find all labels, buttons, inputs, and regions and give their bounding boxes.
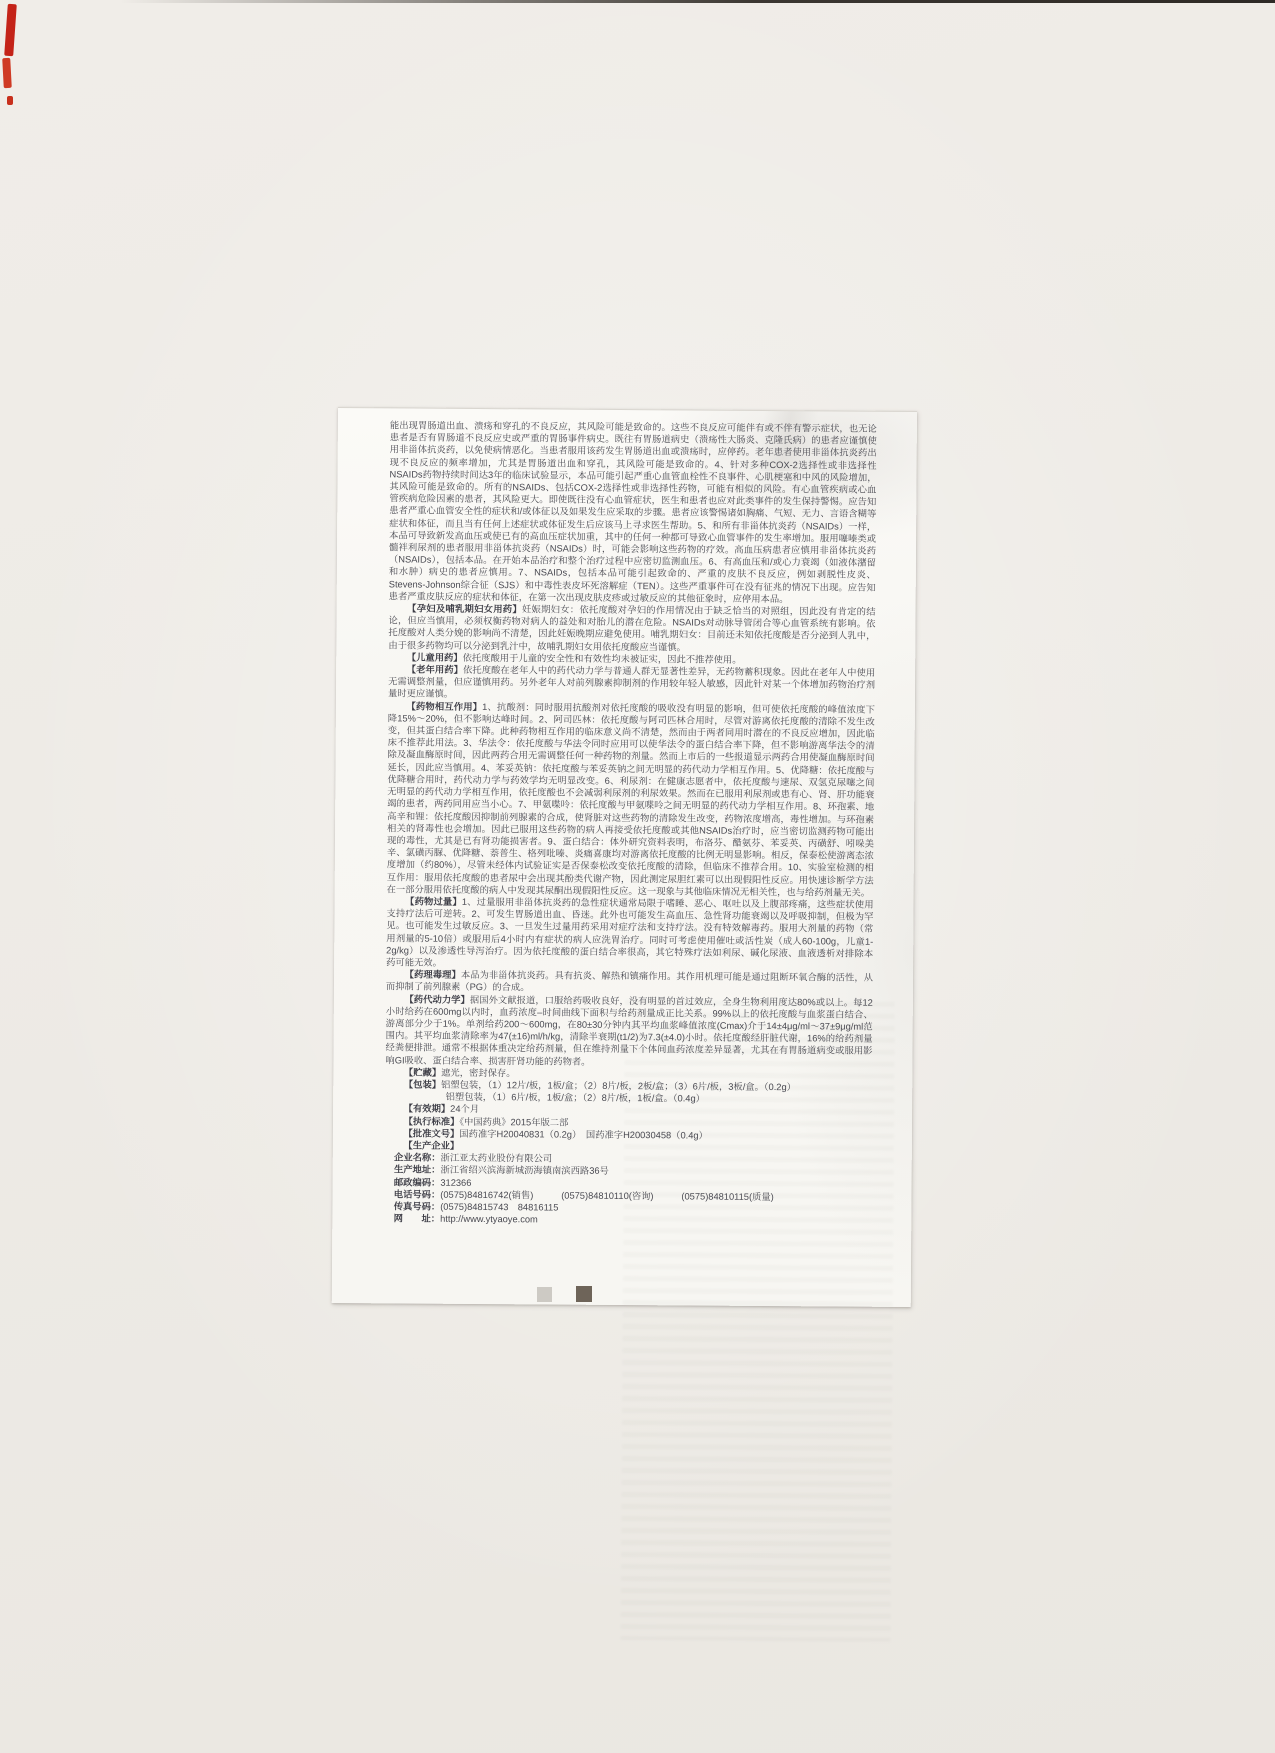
document-page: 能出现胃肠道出血、溃疡和穿孔的不良反应，其风险可能是致命的。这些不良反应可能伴有…: [332, 407, 917, 1307]
section-label: 【药代动力学】: [404, 994, 470, 1004]
section-label: 企业名称：: [394, 1153, 441, 1163]
section-label: 电话号码：: [394, 1189, 441, 1199]
section-label: 【药物过量】: [405, 896, 462, 906]
section-label: 【药物相互作用】: [406, 701, 482, 712]
section-label: 【执行标准】: [404, 1116, 460, 1126]
red-ink-mark: [2, 58, 12, 88]
section-label: 【批准文号】: [403, 1128, 459, 1138]
section-label: 【儿童用药】: [407, 652, 463, 662]
calibration-square-light: [537, 1287, 552, 1302]
red-ink-mark: [7, 96, 13, 105]
paragraph: 【药物相互作用】1、抗酸剂：同时服用抗酸剂对依托度酸的吸收没有明显的影响，但可使…: [387, 700, 875, 899]
paragraph: 【老年用药】依托度酸在老年人中的药代动力学与普通人群无显著性差异，无药物蓄积现象…: [388, 663, 875, 703]
paragraph: 【药物过量】1、过量服用非甾体抗炎药的急性症状通常局限于嗜睡、恶心、呕吐以及上腹…: [386, 895, 873, 972]
scan-background: { "meta": { "kind": "scanned drug packag…: [0, 0, 1275, 1753]
section-label: 【孕妇及哺乳期妇女用药】: [407, 604, 522, 615]
section-label: 传真号码：: [394, 1201, 441, 1211]
paragraph: 网 址：http://www.ytyaoye.com: [384, 1213, 871, 1229]
section-label: 【包装】: [404, 1079, 441, 1089]
section-label: 【有效期】: [404, 1104, 451, 1114]
scanner-top-edge-line: [120, 0, 1275, 3]
section-label: 【生产企业】: [403, 1140, 459, 1150]
paragraph: 【药理毒理】本品为非甾体抗炎药。具有抗炎、解热和镇痛作用。其作用机理可能是通过阻…: [386, 968, 873, 996]
section-label: 【药理毒理】: [405, 970, 461, 980]
calibration-square-dark: [576, 1286, 592, 1302]
paragraph: 能出现胃肠道出血、溃疡和穿孔的不良反应，其风险可能是致命的。这些不良反应可能伴有…: [389, 419, 877, 605]
section-label: 【贮藏】: [404, 1067, 441, 1077]
section-label: 【老年用药】: [407, 665, 463, 675]
section-label: 邮政编码：: [394, 1177, 441, 1187]
paragraph: 【孕妇及哺乳期妇女用药】妊娠期妇女：依托度酸对孕妇的作用情况由于缺乏恰当的对照组…: [388, 602, 875, 654]
section-label: 网 址：: [394, 1214, 441, 1224]
section-label: 生产地址：: [394, 1165, 441, 1175]
paragraph: 【药代动力学】据国外文献报道，口服给药吸收良好，没有明显的首过效应，全身生物利用…: [385, 993, 872, 1070]
document-body: 能出现胃肠道出血、溃疡和穿孔的不良反应，其风险可能是致命的。这些不良反应可能伴有…: [384, 419, 877, 1228]
red-ink-mark: [4, 4, 17, 57]
